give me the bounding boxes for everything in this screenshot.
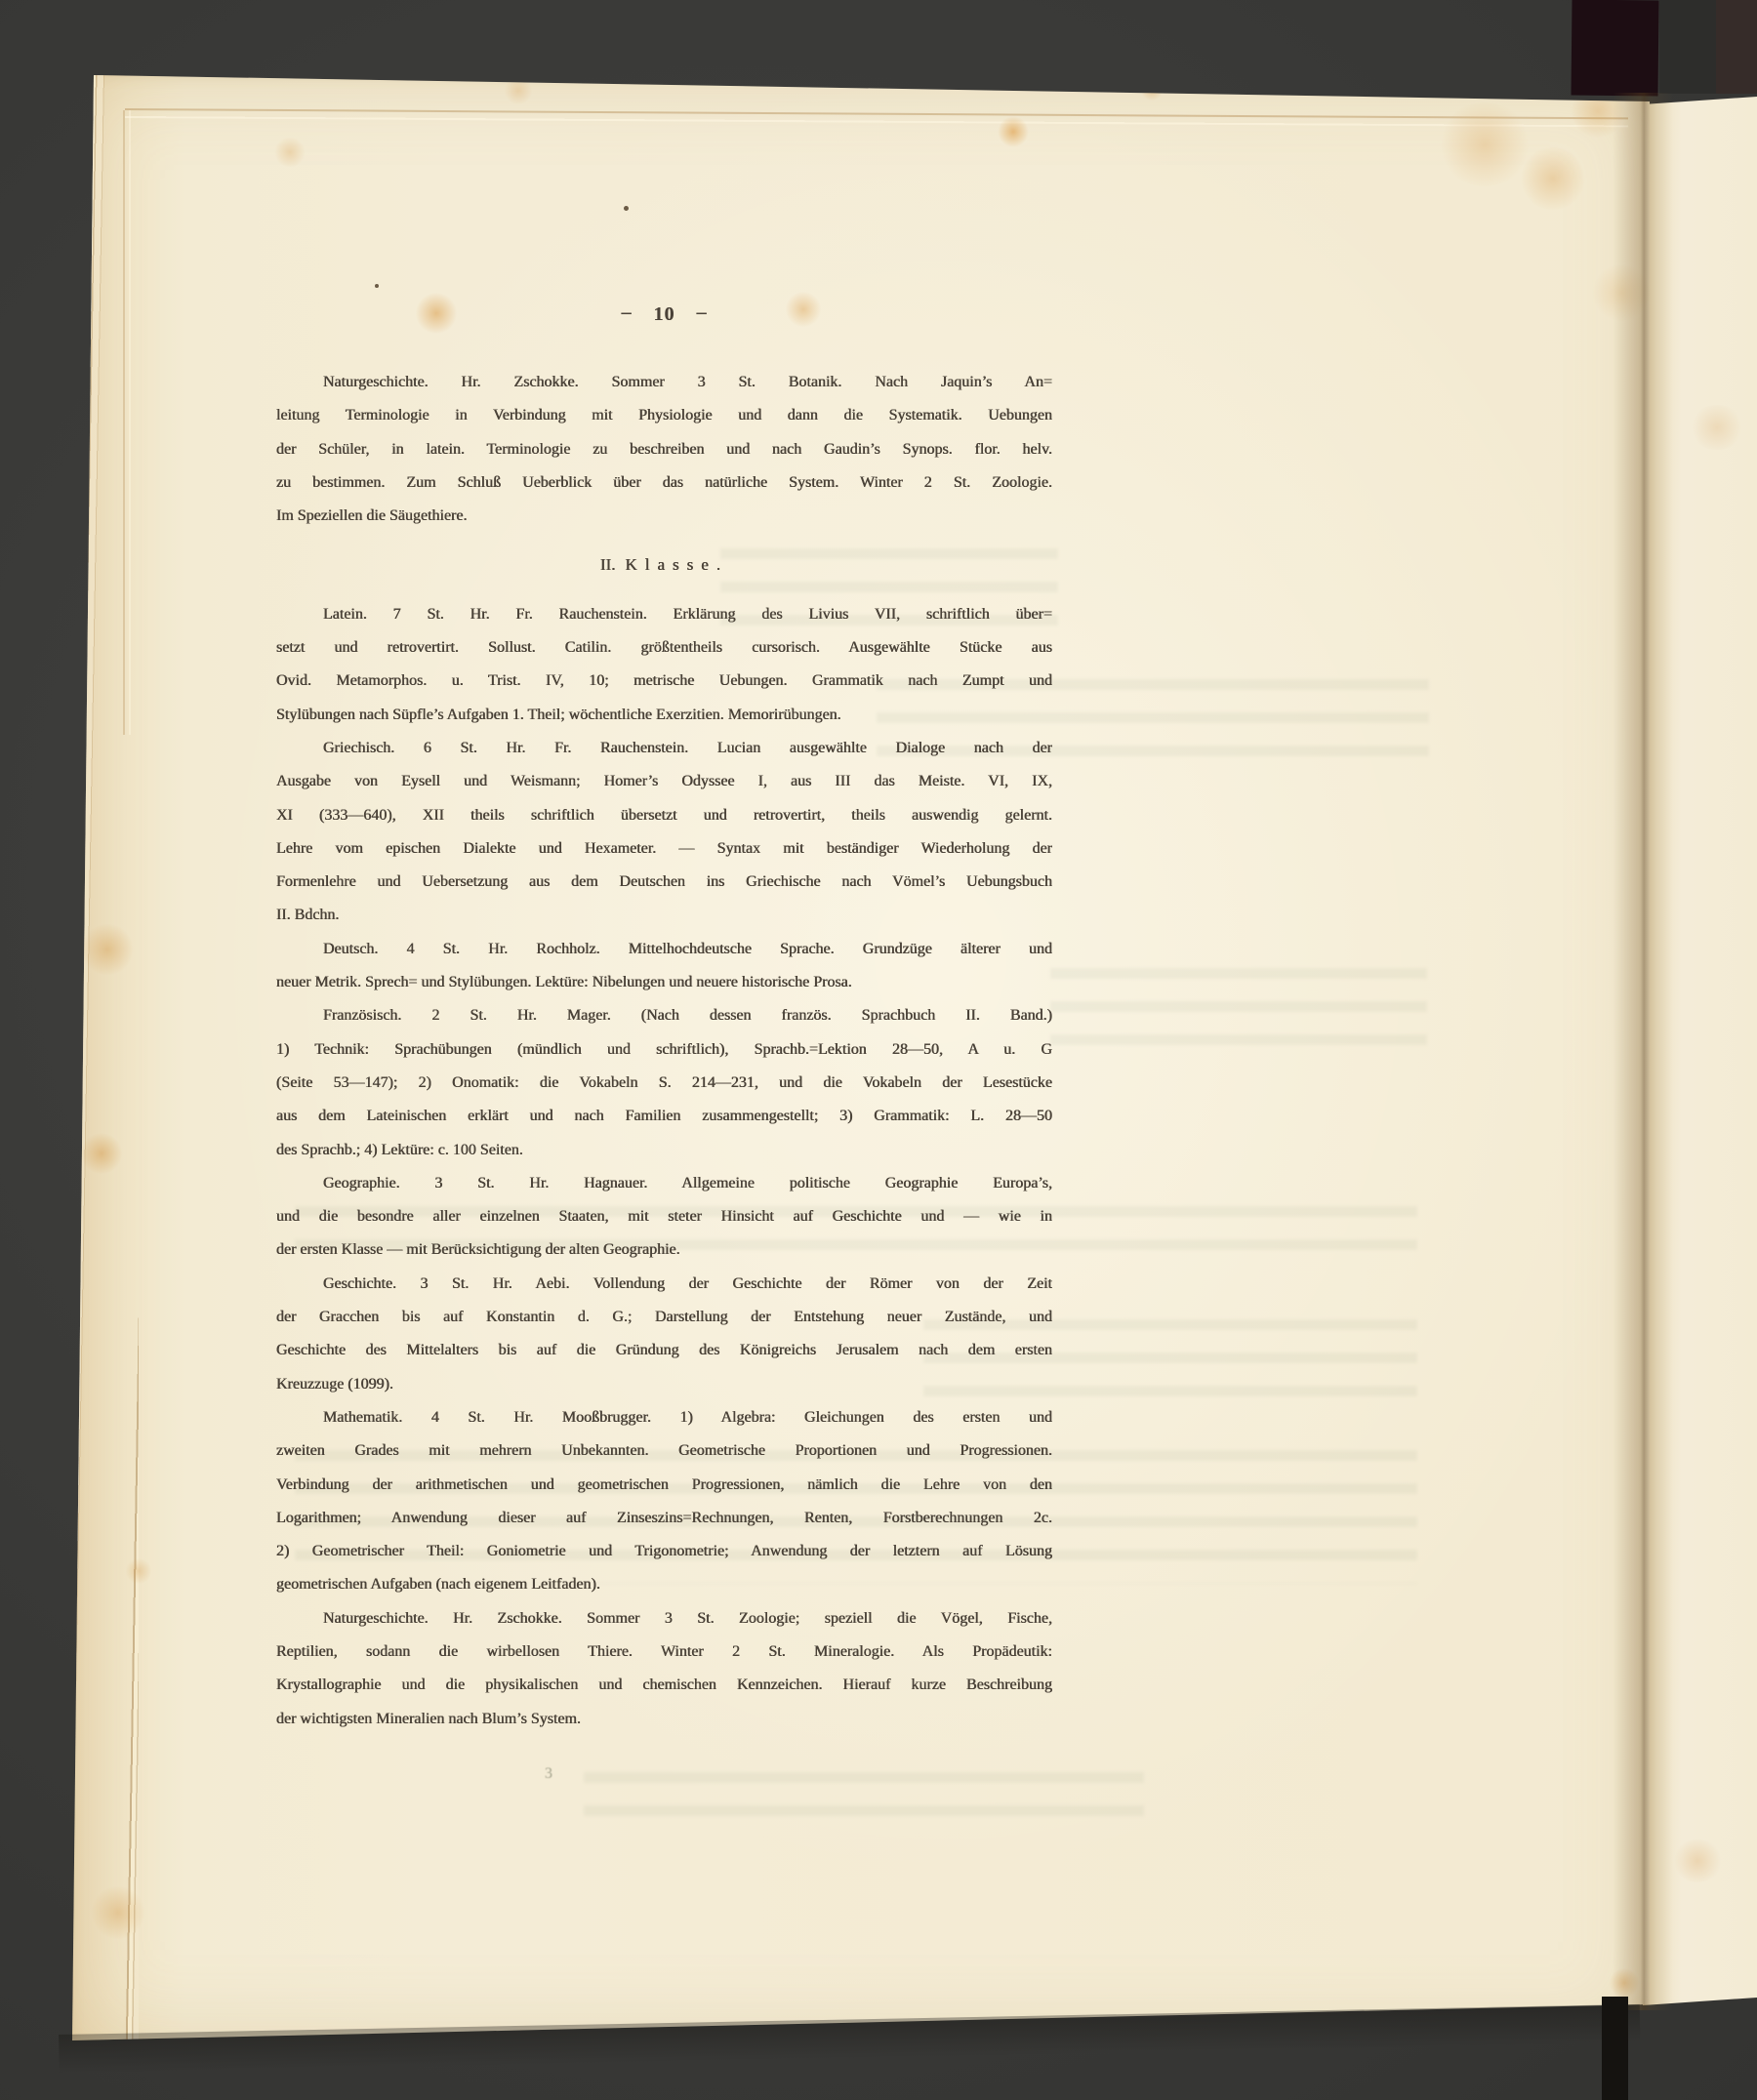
gutter-shadow bbox=[1613, 93, 1673, 2010]
foxing-stain bbox=[1519, 147, 1587, 210]
text-line: der ersten Klasse — mit Berücksichtigung… bbox=[276, 1233, 1052, 1267]
text-line: 2) Geometrischer Theil: Goniometrie und … bbox=[276, 1535, 1052, 1568]
text-line: Mathematik. 4 St. Hr. Mooßbrugger. 1) Al… bbox=[276, 1401, 1052, 1434]
foxing-stain bbox=[1690, 405, 1744, 450]
curriculum-paragraph: Geschichte. 3 St. Hr. Aebi. Vollendung d… bbox=[276, 1268, 1052, 1401]
text-line: Ausgabe von Eysell und Weismann; Homer’s… bbox=[276, 765, 1052, 798]
text-line: geometrischen Aufgaben (nach eigenem Lei… bbox=[276, 1568, 1052, 1601]
text-line: II. Bdchn. bbox=[276, 899, 1052, 932]
text-line: XI (333—640), XII theils schriftlich übe… bbox=[276, 799, 1052, 832]
class-heading-name: Klasse. bbox=[626, 555, 729, 574]
text-line: und die besondre aller einzelnen Staaten… bbox=[276, 1200, 1052, 1233]
foxing-stain bbox=[1140, 79, 1164, 101]
text-line: 1) Technik: Sprachübungen (mündlich und … bbox=[276, 1033, 1052, 1067]
foxing-stain bbox=[504, 77, 533, 104]
text-line: der wichtigsten Mineralien nach Blum’s S… bbox=[276, 1703, 1052, 1736]
text-line: der Schüler, in latein. Terminologie zu … bbox=[276, 433, 1052, 466]
bookmark-ribbon bbox=[1571, 0, 1658, 96]
text-line: Deutsch. 4 St. Hr. Rochholz. Mittelhochd… bbox=[276, 933, 1052, 966]
binding-gap bbox=[1602, 1997, 1628, 2100]
curriculum-paragraph: Deutsch. 4 St. Hr. Rochholz. Mittelhochd… bbox=[276, 933, 1052, 1000]
text-line: Krystallographie und die physikalischen … bbox=[276, 1669, 1052, 1702]
scanned-book-photo: –10– Naturgeschichte. Hr. Zschokke. Somm… bbox=[0, 0, 1757, 2100]
fold-crease bbox=[123, 110, 129, 735]
text-line: zu bestimmen. Zum Schluß Ueberblick über… bbox=[276, 466, 1052, 500]
curriculum-paragraph: Geographie. 3 St. Hr. Hagnauer. Allgemei… bbox=[276, 1167, 1052, 1268]
ink-speck bbox=[375, 284, 379, 288]
text-line: leitung Terminologie in Verbindung mit P… bbox=[276, 399, 1052, 432]
text-line: Naturgeschichte. Hr. Zschokke. Sommer 3 … bbox=[276, 366, 1052, 399]
text-line: Naturgeschichte. Hr. Zschokke. Sommer 3 … bbox=[276, 1602, 1052, 1636]
text-line: Im Speziellen die Säugethiere. bbox=[276, 500, 1052, 533]
curriculum-paragraph: Mathematik. 4 St. Hr. Mooßbrugger. 1) Al… bbox=[276, 1401, 1052, 1602]
foxing-stain bbox=[1438, 102, 1532, 186]
text-line: setzt und retrovertirt. Sollust. Catilin… bbox=[276, 631, 1052, 665]
class-heading-numeral: II. bbox=[600, 555, 616, 574]
text-line: Stylübungen nach Süpfle’s Aufgaben 1. Th… bbox=[276, 699, 1052, 732]
text-line: neuer Metrik. Sprech= und Stylübungen. L… bbox=[276, 966, 1052, 999]
curriculum-paragraph: Latein. 7 St. Hr. Fr. Rauchenstein. Erkl… bbox=[276, 598, 1052, 732]
book-page: –10– Naturgeschichte. Hr. Zschokke. Somm… bbox=[68, 73, 1655, 2046]
curriculum-paragraph: Naturgeschichte. Hr. Zschokke. Sommer 3 … bbox=[276, 1602, 1052, 1736]
book-cover-edge bbox=[1659, 0, 1757, 94]
text-block: Naturgeschichte. Hr. Zschokke. Sommer 3 … bbox=[276, 366, 1052, 1736]
foxing-stain bbox=[273, 138, 306, 167]
text-line: Geographie. 3 St. Hr. Hagnauer. Allgemei… bbox=[276, 1167, 1052, 1200]
fold-crease bbox=[125, 108, 1628, 125]
text-line: aus dem Lateinischen erklärt und nach Fa… bbox=[276, 1100, 1052, 1133]
curriculum-paragraph: Französisch. 2 St. Hr. Mager. (Nach dess… bbox=[276, 999, 1052, 1166]
text-line: Verbindung der arithmetischen und geomet… bbox=[276, 1469, 1052, 1502]
text-line: Ovid. Metamorphos. u. Trist. IV, 10; met… bbox=[276, 665, 1052, 698]
bleedthrough-ghost bbox=[1050, 959, 1427, 1045]
text-line: Lehre vom epischen Dialekte und Hexamete… bbox=[276, 832, 1052, 866]
page-number-value: 10 bbox=[654, 303, 675, 325]
text-line: Reptilien, sodann die wirbellosen Thiere… bbox=[276, 1636, 1052, 1669]
text-line: Formenlehre und Uebersetzung aus dem Deu… bbox=[276, 866, 1052, 899]
foxing-stain bbox=[1263, 40, 1318, 91]
text-line: zweiten Grades mit mehrern Unbekannten. … bbox=[276, 1434, 1052, 1468]
curriculum-paragraph: Naturgeschichte. Hr. Zschokke. Sommer 3 … bbox=[276, 366, 1052, 533]
page-number-dash: – bbox=[697, 302, 708, 323]
class-heading: II.Klasse. bbox=[276, 548, 1052, 582]
bleedthrough-ghost bbox=[584, 1763, 1144, 1818]
page-number-dash: – bbox=[622, 302, 633, 323]
ink-speck bbox=[624, 206, 629, 211]
foxing-stain bbox=[1672, 1839, 1723, 1882]
text-line: der Gracchen bis auf Konstantin d. G.; D… bbox=[276, 1301, 1052, 1334]
text-line: Kreuzzuge (1099). bbox=[276, 1368, 1052, 1401]
text-line: Französisch. 2 St. Hr. Mager. (Nach dess… bbox=[276, 999, 1052, 1032]
text-line: Griechisch. 6 St. Hr. Fr. Rauchenstein. … bbox=[276, 732, 1052, 765]
curriculum-paragraph: Griechisch. 6 St. Hr. Fr. Rauchenstein. … bbox=[276, 732, 1052, 933]
text-line: Geschichte des Mittelalters bis auf die … bbox=[276, 1334, 1052, 1367]
signature-mark: 3 bbox=[545, 1765, 552, 1783]
text-line: Logarithmen; Anwendung dieser auf Zinses… bbox=[276, 1502, 1052, 1535]
text-line: Geschichte. 3 St. Hr. Aebi. Vollendung d… bbox=[276, 1268, 1052, 1301]
page-number: –10– bbox=[276, 303, 1052, 326]
text-line: Latein. 7 St. Hr. Fr. Rauchenstein. Erkl… bbox=[276, 598, 1052, 631]
text-line: des Sprachb.; 4) Lektüre: c. 100 Seiten. bbox=[276, 1134, 1052, 1167]
text-line: (Seite 53—147); 2) Onomatik: die Vokabel… bbox=[276, 1067, 1052, 1100]
